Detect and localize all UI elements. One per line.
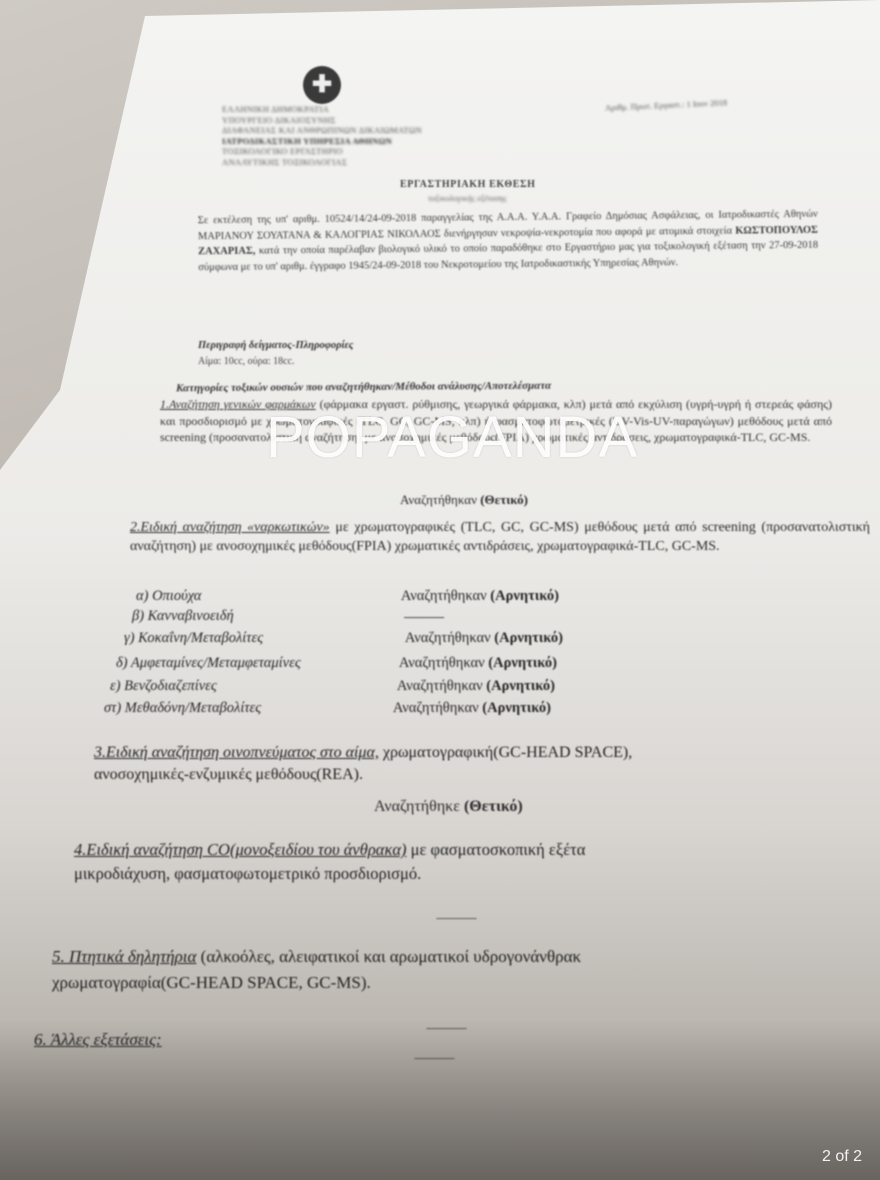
section-text: ανοσοχημικές-ενζυμικές μεθόδους(REA). [94, 764, 880, 786]
substance-status: Αναζητήθηκαν (Αρνητικό) [397, 678, 555, 694]
section-heading: 3.Ειδική αναζήτηση οινοπνεύματος στο αίμ… [94, 744, 379, 761]
header-line: ΔΙΑΦΑΝΕΙΑΣ ΚΑΙ ΑΝΘΡΩΠΙΝΩΝ ΔΙΚΑΙΩΜΑΤΩΝ [222, 125, 422, 136]
substance-row: γ) Κοκαΐνη/Μεταβολίτες Αναζητήθηκαν (Αρν… [124, 630, 563, 647]
document-header: ΕΛΛΗΝΙΚΗ ΔΗΜΟΚΡΑΤΙΑ ΥΠΟΥΡΓΕΙΟ ΔΙΚΑΙΟΣΥΝΗ… [222, 104, 422, 167]
sample-description-heading: Περιγραφή δείγματος-Πληροφορίες [198, 340, 353, 351]
section-text: χρωματογραφική(GC-HEAD SPACE), [379, 744, 632, 761]
substance-status: Αναζητήθηκαν (Αρνητικό) [393, 700, 551, 716]
substance-label: δ) Αμφεταμίνες/Μεταμφεταμίνες [116, 655, 396, 672]
empty-result-dashes: --------------- [436, 912, 476, 924]
empty-result-dashes: --------------- [426, 1022, 466, 1034]
substance-row: β) Κανναβινοειδή --------------- [132, 608, 444, 625]
document-subtitle: τοξικολογικής εξέτασης [428, 193, 507, 203]
intro-paragraph: Σε εκτέλεση της υπ' αριθμ. 10524/14/24-0… [198, 207, 819, 275]
substance-label: γ) Κοκαΐνη/Μεταβολίτες [124, 630, 402, 647]
document-title: ΕΡΓΑΣΤΗΡΙΑΚΗ ΕΚΘΕΣΗ [400, 179, 536, 190]
section-heading: 4.Ειδική αναζήτηση CO(μονοξειδίου του άν… [74, 840, 407, 859]
substance-row: δ) Αμφεταμίνες/Μεταμφεταμίνες Αναζητήθηκ… [116, 655, 557, 672]
substance-label: β) Κανναβινοειδή [132, 608, 400, 625]
categories-heading: Κατηγορίες τοξικών ουσιών που αναζητήθηκ… [176, 380, 551, 395]
header-line: ΙΑΤΡΟΔΙΚΑΣΤΙΚΗ ΥΠΗΡΕΣΙΑ ΑΘΗΝΩΝ [222, 136, 422, 147]
section-text: (αλκοόλες, αλειφατικοί και αρωματικοί υδ… [196, 947, 581, 966]
substance-status: Αναζητήθηκαν (Αρνητικό) [399, 655, 557, 671]
watermark: POPAGANDA [266, 404, 638, 471]
section-heading: 5. Πτητικά δηλητήρια [52, 947, 196, 966]
header-line: ΥΠΟΥΡΓΕΙΟ ΔΙΚΑΙΟΣΥΝΗΣ [222, 115, 422, 126]
section-5: 5. Πτητικά δηλητήρια (αλκοόλες, αλειφατι… [52, 944, 880, 996]
substance-row: ε) Βενζοδιαζεπίνες Αναζητήθηκαν (Αρνητικ… [110, 678, 555, 695]
substance-label: α) Οπιούχα [136, 588, 398, 605]
substance-status: --------------- [404, 611, 444, 623]
substance-row: στ) Μεθαδόνη/Μεταβολίτες Αναζητήθηκαν (Α… [104, 700, 551, 717]
intro-text: κατά την οποία παρέλαβαν βιολογικό υλικό… [198, 240, 818, 273]
greek-coat-of-arms-icon: ✚ [303, 66, 341, 104]
substance-status: Αναζητήθηκαν (Αρνητικό) [401, 588, 559, 604]
section-text: με φασματοσκοπική εξέτα [407, 840, 586, 859]
section-6-heading: 6. Άλλες εξετάσεις: [34, 1030, 162, 1050]
intro-text: Σε εκτέλεση της υπ' αριθμ. 10524/14/24-0… [198, 209, 818, 242]
substance-status: Αναζητήθηκαν (Αρνητικό) [405, 630, 563, 646]
section-text: χρωματογραφία(GC-HEAD SPACE, GC-MS). [52, 970, 880, 996]
result-label: Αναζητήθηκε [374, 798, 460, 815]
document-content: ✚ ΕΛΛΗΝΙΚΗ ΔΗΜΟΚΡΑΤΙΑ ΥΠΟΥΡΓΕΙΟ ΔΙΚΑΙΟΣΥ… [0, 0, 880, 1180]
section-4: 4.Ειδική αναζήτηση CO(μονοξειδίου του άν… [74, 838, 880, 886]
substance-row: α) Οπιούχα Αναζητήθηκαν (Αρνητικό) [136, 588, 559, 605]
section-heading: 2.Ειδική αναζήτηση «ναρκωτικών» [130, 520, 330, 535]
section-3: 3.Ειδική αναζήτηση οινοπνεύματος στο αίμ… [94, 742, 880, 786]
page-indicator: 2 of 2 [822, 1148, 862, 1166]
empty-result-dashes: --------------- [414, 1052, 454, 1064]
result-value: (Θετικό) [464, 798, 523, 815]
substance-label: στ) Μεθαδόνη/Μεταβολίτες [104, 700, 390, 717]
result-value: (Θετικό) [480, 492, 528, 507]
section-text: μικροδιάχυση, φασματοφωτομετρικό προσδιο… [74, 862, 880, 886]
section-3-result: Αναζητήθηκε (Θετικό) [374, 798, 523, 816]
protocol-number: Αριθμ. Πρωτ. Εργαστ.: 1 Ιουν 2018 [605, 97, 727, 112]
result-label: Αναζητήθηκαν [400, 492, 477, 507]
substance-label: ε) Βενζοδιαζεπίνες [110, 678, 394, 695]
header-line: ΤΟΞΙΚΟΛΟΓΙΚΟ ΕΡΓΑΣΤΗΡΙΟ [222, 146, 422, 157]
header-line: ΕΛΛΗΝΙΚΗ ΔΗΜΟΚΡΑΤΙΑ [222, 104, 422, 115]
section-1-result: Αναζητήθηκαν (Θετικό) [400, 492, 528, 508]
section-2: 2.Ειδική αναζήτηση «ναρκωτικών» με χρωμα… [130, 518, 870, 556]
header-line: ΑΝΑΛΥΤΙΚΗΣ ΤΟΞΙΚΟΛΟΓΙΑΣ [222, 157, 422, 168]
sample-values: Αίμα: 10cc, ούρα: 18cc. [198, 356, 295, 367]
